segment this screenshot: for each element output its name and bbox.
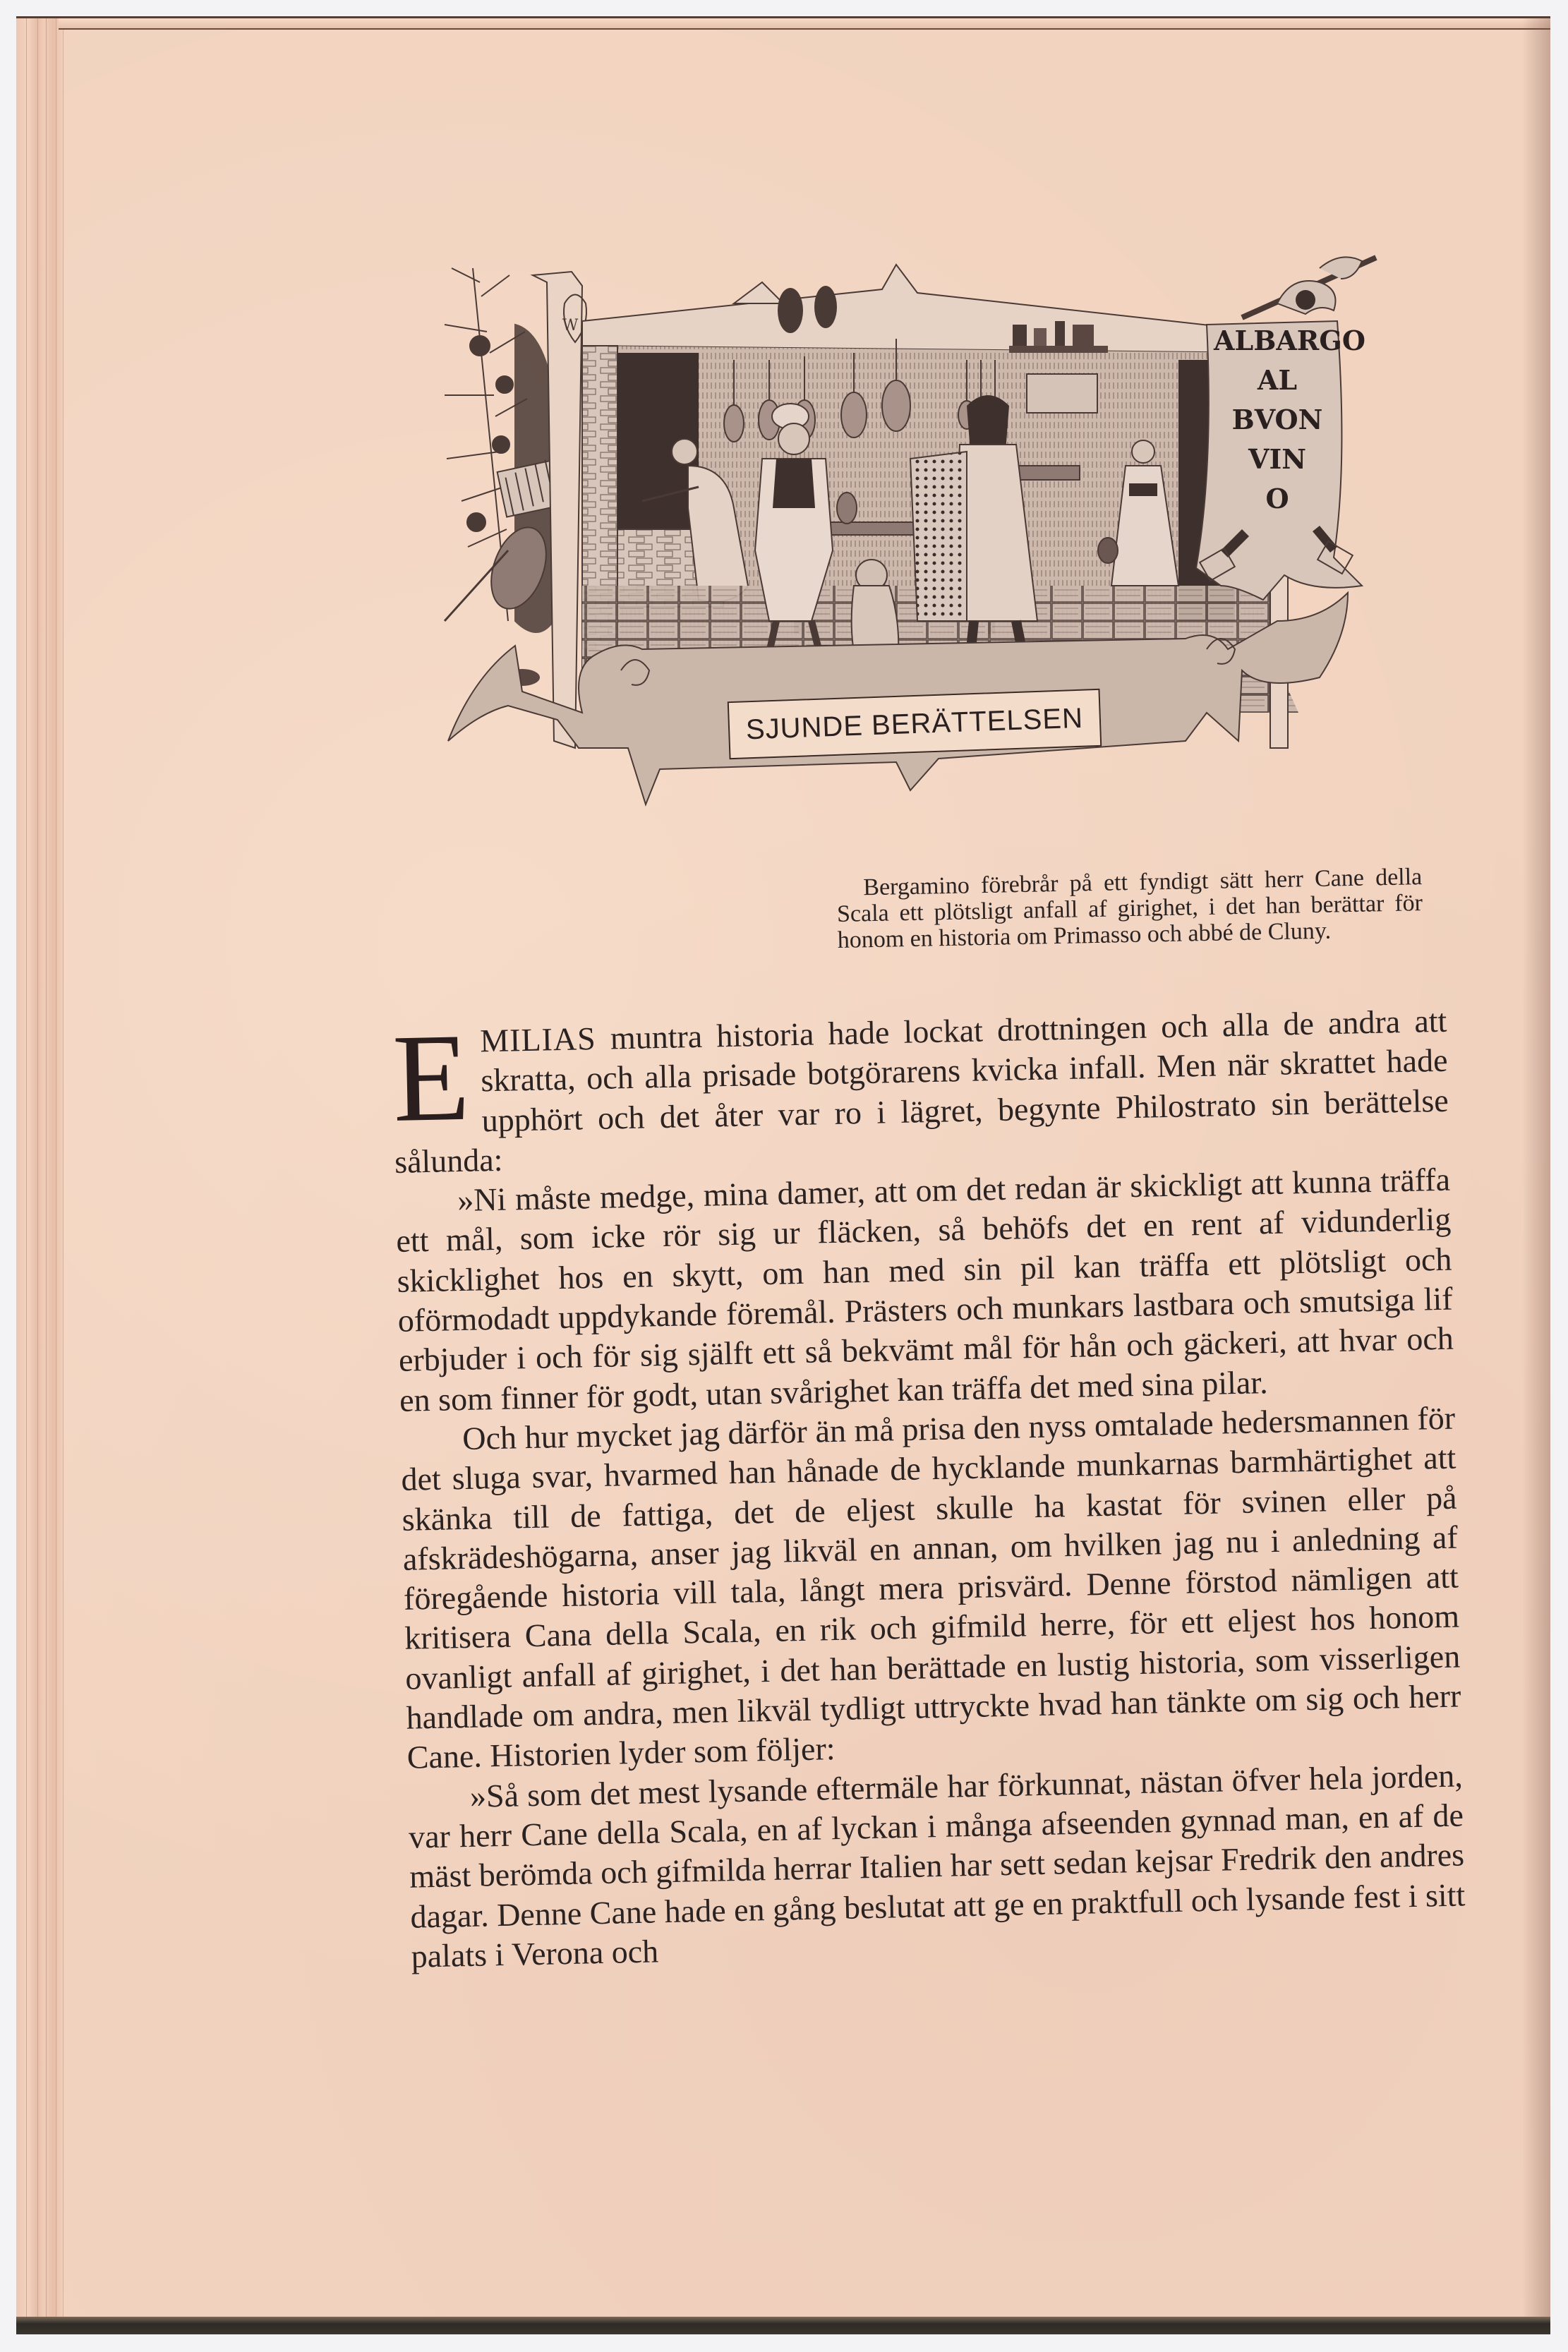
tavern-sign-text: ALBARGO AL BVON VIN O	[1214, 321, 1341, 519]
paragraph-1: EMILIAS muntra historia hade lockat drot…	[392, 1001, 1449, 1182]
page-bottom-edge	[16, 2317, 1550, 2334]
sign-line: ALBARGO	[1214, 321, 1341, 361]
chapter-summary: Bergamino förebrår på ett fyndigt sätt h…	[836, 864, 1423, 953]
sign-line: BVON	[1214, 400, 1341, 440]
page-right-shadow	[1522, 18, 1550, 2334]
drop-cap: E	[392, 1027, 471, 1128]
opening-word: MILIAS	[480, 1020, 596, 1059]
summary-text: Bergamino förebrår på ett fyndigt sätt h…	[837, 864, 1423, 953]
page-top-edge	[59, 18, 1550, 30]
chapter-illustration: W	[430, 254, 1425, 812]
paragraph-2: »Ni måste medge, mina damer, att om det …	[395, 1160, 1455, 1421]
paragraph-4: »Så som det mest lysande eftermäle har f…	[407, 1756, 1466, 1977]
paragraph-3: Och hur mycket jag därför än må prisa de…	[400, 1399, 1462, 1778]
body-text: EMILIAS muntra historia hade lockat drot…	[392, 1001, 1466, 1977]
sign-line: AL	[1214, 361, 1341, 400]
page-edge-stack	[16, 18, 64, 2334]
sign-line: O	[1214, 479, 1341, 519]
svg-text:W: W	[562, 317, 579, 334]
sign-line: VIN	[1214, 440, 1341, 479]
